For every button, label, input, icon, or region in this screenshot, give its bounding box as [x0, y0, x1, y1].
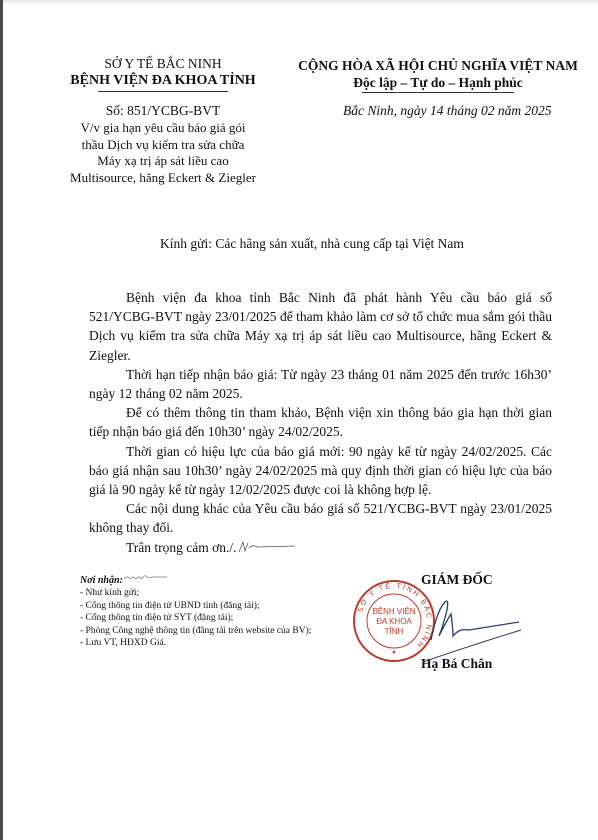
national-header: CỘNG HÒA XÃ HỘI CHỦ NGHĨA VIỆT NAM Độc l…: [288, 57, 588, 93]
recipient-item: - Lưu VT, HĐXD Giá.: [80, 637, 311, 649]
letter-body: Bệnh viện đa khoa tỉnh Bắc Ninh đã phát …: [89, 288, 552, 557]
recipient-item: - Cổng thông tin điện tử UBND tỉnh (đăng…: [80, 600, 311, 612]
subject-line: Multisource, hãng Eckert & Ziegler: [63, 170, 263, 187]
salutation: Kính gửi: Các hãng sản xuất, nhà cung cấ…: [160, 236, 464, 252]
subject-line: V/v gia hạn yêu cầu báo giá gói: [63, 120, 263, 137]
recipients-title: Nơi nhận:: [80, 575, 123, 586]
svg-text:★: ★: [391, 649, 396, 656]
body-paragraph: Các nội dung khác của Yêu cầu báo giá số…: [89, 499, 552, 537]
closing-line: Trân trọng cảm ơn./.: [89, 538, 552, 557]
nation-title: CỘNG HÒA XÃ HỘI CHỦ NGHĨA VIỆT NAM: [288, 57, 588, 74]
body-paragraph: Để có thêm thông tin tham khảo, Bệnh việ…: [89, 403, 552, 441]
recipient-item: - Cổng thông tin điện tử SYT (đăng tải);: [80, 612, 311, 624]
place-date: Bắc Ninh, ngày 14 tháng 02 năm 2025: [343, 103, 552, 119]
document-number: Số: 851/YCBG-BVT: [63, 102, 263, 119]
document-page: SỞ Y TẾ BẮC NINH BỆNH VIỆN ĐA KHOA TỈNH …: [3, 0, 598, 840]
national-motto: Độc lập – Tự do – Hạnh phúc: [288, 74, 588, 91]
signer-role: GIÁM ĐỐC: [421, 572, 493, 588]
body-paragraph: Bệnh viện đa khoa tỉnh Bắc Ninh đã phát …: [89, 288, 552, 365]
closing-text: Trân trọng cảm ơn./.: [126, 540, 237, 555]
header-underline: [98, 91, 228, 92]
subject-line: thầu Dịch vụ kiểm tra sửa chữa: [63, 137, 263, 154]
department-name: SỞ Y TẾ BẮC NINH: [63, 55, 263, 72]
recipient-item: - Như kính gửi;: [80, 587, 311, 599]
svg-text:ĐA KHOA: ĐA KHOA: [376, 617, 412, 626]
subject-line: Máy xạ trị áp sát liều cao: [63, 153, 263, 170]
document-subject: V/v gia hạn yêu cầu báo giá gói thầu Dịc…: [63, 120, 263, 186]
initial-signature-icon: [237, 540, 297, 554]
body-paragraph: Thời gian có hiệu lực của báo giá mới: 9…: [89, 442, 552, 500]
issuer-header: SỞ Y TẾ BẮC NINH BỆNH VIỆN ĐA KHOA TỈNH …: [63, 55, 263, 186]
recipients-list: Nơi nhận: - Như kính gửi; - Cổng thông t…: [80, 573, 311, 649]
recipients-title-row: Nơi nhận:: [80, 573, 311, 587]
initial-signature-icon: [123, 573, 169, 583]
organization-name: BỆNH VIỆN ĐA KHOA TỈNH: [63, 72, 263, 89]
svg-text:BỆNH VIỆN: BỆNH VIỆN: [372, 607, 415, 616]
handwritten-signature-icon: [423, 590, 523, 665]
body-paragraph: Thời hạn tiếp nhận báo giá: Từ ngày 23 t…: [89, 365, 552, 403]
motto-underline: [362, 92, 514, 93]
svg-text:TỈNH: TỈNH: [385, 627, 404, 636]
recipient-item: - Phòng Công nghệ thông tin (đăng tải tr…: [80, 625, 311, 637]
